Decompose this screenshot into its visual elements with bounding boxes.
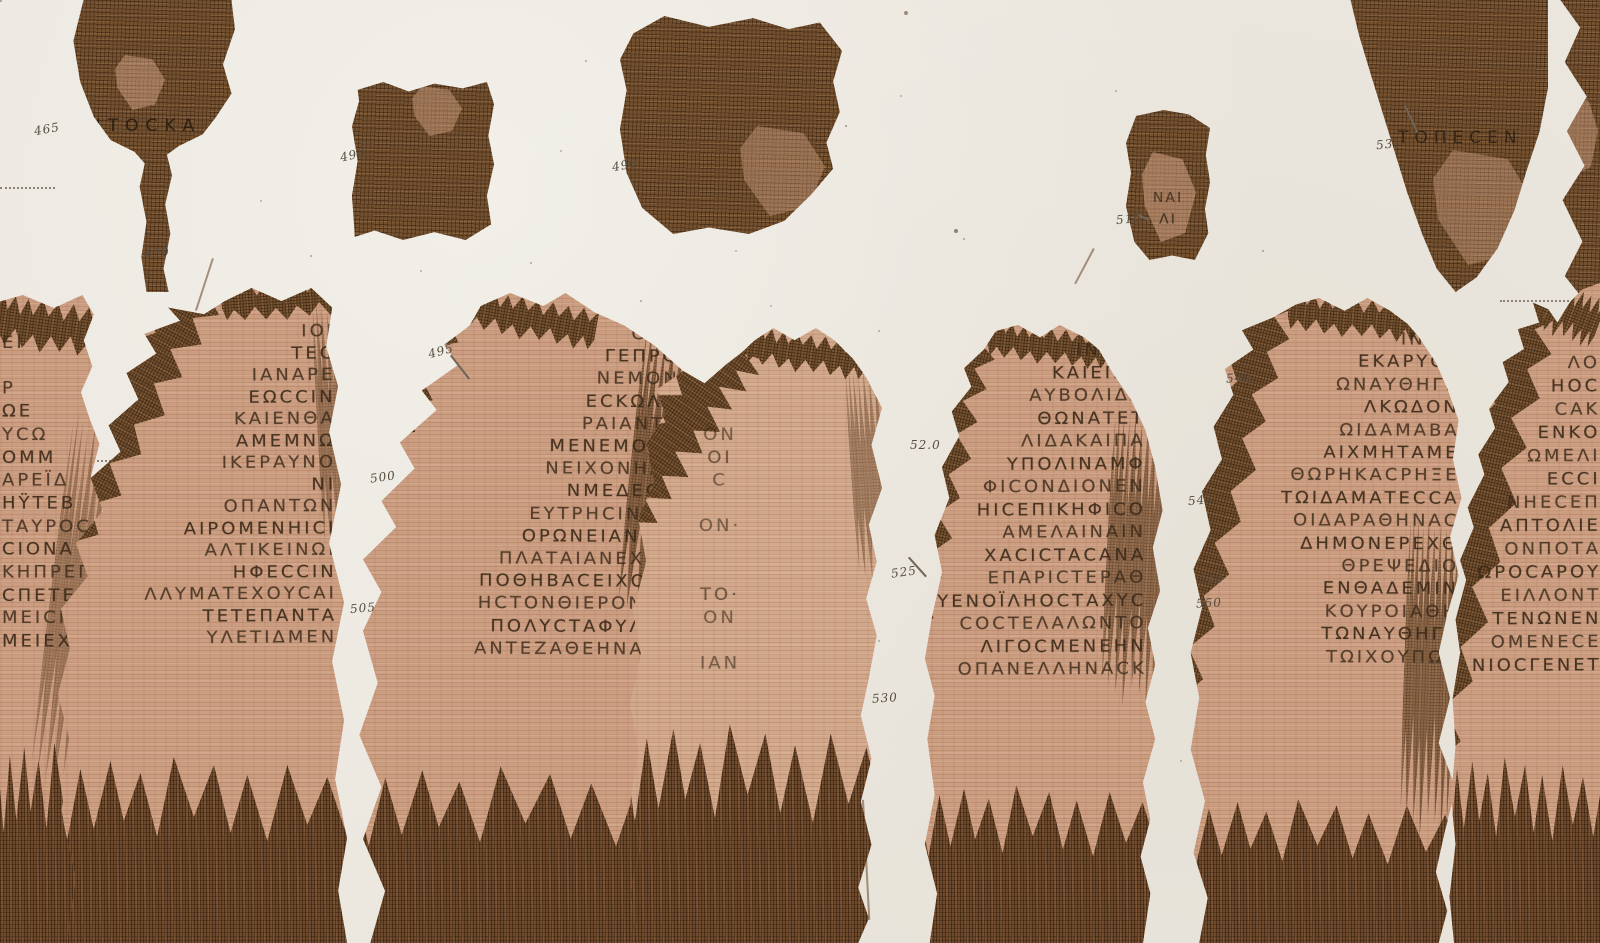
papyrus-text-line: ΥΠΟΛΙΝΑΜΦ: [931, 453, 1146, 477]
papyrus-text-line: ΑΛΤΙΚΕΙΝΩΙ: [97, 539, 337, 563]
papyrus-text-line: ΥϹΩ: [2, 424, 112, 447]
papyrus-text-line: ϹΟϹΤΕΛΑΛΩΝΤΟ: [931, 612, 1146, 636]
papyrus-text-line: ΤΩΙΧΟΥΠΩΤ: [1214, 646, 1459, 670]
papyrus-text-line: ΤΟ·: [665, 584, 775, 607]
papyrus-fragment-col-5: ΙΝΕΕϹΚΑΙΕΠΙϹΑΥΒΟΛΙΔΑΘΩΝΑΤΕΤΛΙΔΑΚΑΙΠΑΥΠΟΛ…: [920, 325, 1165, 943]
papyrus-text-line: ΗΦΕϹϹΙΝ: [97, 561, 337, 585]
frayed-fibers: [912, 775, 1186, 943]
papyrus-text-line: ΙΝΘΟ: [1215, 328, 1460, 352]
greek-text-column-7: ΛΟΗΟϹϹΑΚΕΝΚΟΩΜΕΛΙΕϹϹΙΝΗΕϹΕΠΑΠΤΟΛΙΕΟΝΠΟΤΑ…: [1455, 351, 1600, 677]
papyrus-text-line: ΙΑΝ: [665, 653, 775, 676]
papyrus-fragment-col-7: ΛΟΗΟϹϹΑΚΕΝΚΟΩΜΕΛΙΕϹϹΙΝΗΕϹΕΠΑΠΤΟΛΙΕΟΝΠΟΤΑ…: [1448, 283, 1600, 943]
papyrus-text-line: ΙΑΝΑΡΕ: [95, 364, 335, 388]
line-number-label-530: 530: [872, 690, 899, 706]
line-number-label-531: 531: [1375, 136, 1402, 153]
line-number-label-540: 540: [1226, 370, 1253, 385]
papyrus-text-line: ΩΡΟϹΑΡΟΥ: [1456, 560, 1600, 584]
papyrus-text-line: ΥΛΕΤΙΔΜΕΝ: [97, 626, 337, 650]
papyrus-text-line: ΙΟΙ: [95, 320, 335, 344]
frayed-fibers: [1440, 745, 1600, 943]
line-number-label-550: 550: [1196, 595, 1223, 610]
line-number-label-548: 548: [1198, 571, 1225, 587]
papyrus-text-line: ΚΑΙΕΝΘΑ: [96, 408, 336, 432]
papyrus-text-line: ΘΡΕΨΕΔΙΟ: [1214, 555, 1459, 579]
papyrus-text-line: ΛΛΥΜΑΤΕΧΟΥϹΑΙ: [97, 583, 337, 607]
papyrus-text-line: Ε: [168, 214, 198, 235]
papyrus-text-line: ΤΩΝΑΥΘΗΓΕ: [1214, 623, 1459, 647]
papyrus-text-line: ΤΩΙΔΑΜΑΤΕϹϹΑ: [1214, 487, 1459, 511]
papyrus-text-line: ΑΙΧΜΗΤΑΜΕ: [1215, 441, 1460, 465]
papyrus-text-line: ΟΜΕΝΕϹΕ: [1456, 630, 1600, 654]
papyrus-patch: [740, 126, 825, 216]
papyrus-text-line: ΤΕΤΕΠΑΝΤΑ: [97, 604, 337, 628]
papyrus-text-line: ΗΙϹΕΠΙΚΗΦΙϹΟ: [931, 498, 1146, 522]
papyrus-text-line: ΘΩΝΑΤΕΤ: [930, 407, 1145, 431]
papyrus-text-line: ΦΙϹΟΝΔΙΟΝΕΝ: [931, 476, 1146, 500]
stray-fiber: [1074, 248, 1094, 284]
papyrus-text-line: ΧΑϹΙϹΤΑϹΑΝΑ: [931, 544, 1146, 568]
papyrus-text-line: ΩΕ: [2, 401, 112, 424]
papyrus-text-line: ΝΕΜΟΝ: [390, 367, 680, 391]
line-number-label-500: 500: [369, 468, 397, 485]
line-number-label-520: 52.0: [910, 438, 941, 452]
papyrus-text-line: ΙΝΕΕϹ: [930, 339, 1145, 363]
papyrus-text-line: ΠΟΘΗΒΑϹΕΙΧΟΝΕ: [389, 570, 679, 594]
line-number-label-545: 545: [1187, 492, 1214, 508]
papyrus-text-line: ΝΙΟϹΓΕΝΕΤ: [1457, 653, 1600, 677]
frayed-fibers: [617, 710, 914, 943]
papyrus-text-line: ΜΕΝΕΜΟΝΤ: [389, 435, 679, 459]
papyrus-text-line: ϹΑΚ: [1455, 398, 1600, 422]
papyrus-text-line: ΟΝΠΟΤΑ: [1456, 537, 1600, 561]
papyrus-patch: [115, 55, 165, 110]
greek-text-line: ΝΤΟϹΚΑ: [88, 116, 201, 136]
papyrus-text-line: [665, 538, 775, 561]
papyrus-text-line: [665, 630, 775, 653]
papyrus-patch: [1562, 95, 1598, 175]
papyrus-text-line: ΛΙΔΑΚΑΙΠΑ: [930, 430, 1145, 454]
papyrus-text-line: ΟΝ·: [665, 515, 775, 538]
papyrus-text-line: ΟΝ: [665, 607, 775, 630]
papyrus-fragment-col-2: ΙΟΙΤΕϹΙΑΝΑΡΕΕΩϹϹΙΝΚΑΙΕΝΘΑΑΜΕΜΝΩΙΚΕΡΑΥΝΟΝ…: [55, 288, 353, 943]
papyrus-text-line: ΛΚΩΔΟΝ: [1215, 396, 1460, 420]
papyrus-text-line: ΝΗΕϹΕΠ: [1456, 491, 1600, 515]
papyrus-patch: [412, 86, 462, 136]
papyrus-text-line: ΕΩϹϹΙΝ: [95, 386, 335, 410]
mount-speckles: [0, 0, 2, 2]
papyrus-text-line: ΝΜΕΔΕΩΝ: [389, 480, 679, 504]
frayed-fibers: [47, 745, 381, 943]
papyrus-fragment-490-left: [352, 82, 494, 240]
papyrus-text-line: ΑΝΤΕΖΑΘΕΗΝΑΝΘ: [388, 637, 678, 661]
papyrus-text-line: ΟΠΑΝΕΛΛΗΝΑϹΚ: [932, 658, 1147, 682]
line-number-label-510: 510: [1115, 211, 1142, 227]
papyrus-text-line: [665, 493, 775, 516]
papyrus-fragment-col-4: ΟΝΟΙϹ ΟΝ· ΤΟ·ΟΝ ΙΑΝ: [625, 328, 890, 943]
papyrus-text-line: ΩΜΕΛΙ: [1455, 444, 1600, 468]
frayed-fibers: [744, 323, 869, 384]
papyrus-text-line: ΑΙΡΟΜΕΝΗΙϹΙ: [96, 517, 336, 541]
papyrus-text-line: ΠΛΑΤΑΙΑΝΕΧΟΝ: [389, 547, 679, 571]
papyrus-text-line: ΟΡΩΝΕΙΑΝΚΑΙ: [389, 525, 679, 549]
frayed-fibers: [220, 272, 373, 327]
papyrus-text-line: ΥΕΝΟΪΛΗΟϹΤΑΧΥϹ: [931, 590, 1146, 614]
papyrus-text-line: ΕΙΛΛΟΝΤ: [1456, 584, 1600, 608]
papyrus-text-line: ΡΑΙΑΝΤΕ: [389, 412, 679, 436]
papyrus-text-line: ΑΥΒΟΛΙΔΑ: [930, 384, 1145, 408]
papyrus-text-line: ΝΙ: [96, 473, 336, 497]
papyrus-fragment-490-right: [620, 16, 842, 234]
papyrus-fragment-col-6: ΙΝΘΟΕΚΑΡΥϹΤΩΝΑΥΘΗΓΕΛΚΩΔΟΝΩΙΔΑΜΑΒΑΑΙΧΜΗΤΑ…: [1185, 298, 1470, 943]
papyrus-text-line: Ϲ: [665, 470, 775, 493]
papyrus-text-line: [665, 561, 775, 584]
papyrus-text-line: ΤΕϹ: [95, 342, 335, 366]
line-number-label-525: 525: [890, 563, 918, 580]
papyrus-text-line: ΔΗΜΟΝΕΡΕΧΘ: [1214, 532, 1459, 556]
papyrus-text-line: ΝΑΙ: [1138, 188, 1198, 209]
papyrus-text-line: ΑΜΕΛΑΙΝΑΙΝ: [931, 521, 1146, 545]
papyrus-text-line: ΕϹϹΙ: [1456, 467, 1600, 491]
papyrus-text-line: ΛΟ: [1455, 351, 1600, 375]
frayed-fibers: [1177, 790, 1496, 943]
greek-text-column-5: ΙΝΕΕϹΚΑΙΕΠΙϹΑΥΒΟΛΙΔΑΘΩΝΑΤΕΤΛΙΔΑΚΑΙΠΑΥΠΟΛ…: [930, 339, 1147, 682]
stray-fiber: [195, 258, 213, 311]
papyrus-text-line: ΕΥΤΡΗϹΙΝΤΕΙ: [389, 502, 679, 526]
papyrus-text-line: ΤΕΝΩΝΕΝ: [1456, 607, 1600, 631]
line-number-label-505: 505: [349, 600, 376, 616]
papyrus-text-line: ΘΩΡΗΚΑϹΡΗΞΕ: [1214, 464, 1459, 488]
papyrus-text-line: ΩΙΔΑΜΑΒΑ: [1215, 419, 1460, 443]
papyrus-text-line: ΕΝΚΟ: [1455, 421, 1600, 445]
papyrus-text-line: ΙΚΕΡΑΥΝΟ: [96, 451, 336, 475]
papyrus-fragment-510: ΝΑΙΛΙ: [1126, 110, 1210, 260]
greek-text-column-2: ΙΟΙΤΕϹΙΑΝΑΡΕΕΩϹϹΙΝΚΑΙΕΝΘΑΑΜΕΜΝΩΙΚΕΡΑΥΝΟΝ…: [95, 320, 337, 649]
line-number-label-465: 465: [33, 120, 61, 138]
papyrus-text-line: ΕϹΚΩΛΟ: [390, 390, 680, 414]
papyrus-text-line: ΟΜΜ: [2, 447, 112, 470]
papyrus-text-line: ΕΙ: [2, 332, 112, 355]
papyrus-text-line: ΚΑΙΕΠΙϹ: [930, 362, 1145, 386]
papyrus-fragment-top-right: ΤΟΠΕϹΕΝ: [1338, 0, 1548, 292]
greek-text-column-top-left-tail: ΕΝ: [168, 214, 198, 257]
papyrus-text-line: ΚΟΥΡΟΙΑΘΗ: [1214, 600, 1459, 624]
papyrus-text-line: ΑΜΕΜΝΩ: [96, 430, 336, 454]
papyrus-text-line: ΕΠΑΡΙϹΤΕΡΑΘ: [931, 567, 1146, 591]
greek-text-column-510: ΝΑΙΛΙ: [1138, 188, 1198, 231]
papyrus-text-line: ΕΝΘΑΔΕΜΙΝ: [1214, 578, 1459, 602]
papyrus-text-line: ΗΟϹ: [1455, 374, 1600, 398]
papyrus-text-line: ΟΙ: [665, 447, 775, 470]
papyrus-patch: [1433, 150, 1533, 265]
papyrus-text-line: ΟΠΑΝΤΩΝ: [96, 495, 336, 519]
papyrus-text-line: ϹΝΠ: [390, 322, 680, 346]
papyrus-text-line: Ν: [168, 235, 198, 256]
papyrus-text-line: ΟΙΔΑΡΑΘΗΝΑϹ: [1214, 510, 1459, 534]
papyrus-text-line: ΗΫΤΕΒ: [2, 493, 112, 516]
papyrus-text-line: ΑΠΤΟΛΙΕ: [1456, 514, 1600, 538]
papyrus-text-line: Ρ: [2, 378, 112, 401]
papyrus-text-line: ΟΝ: [665, 424, 775, 447]
papyrus-text-line: ΛΙΓΟϹΜΕΝΕΗΝ: [932, 635, 1147, 659]
papyrus-photograph: ΝΤΟϹΚΑ ΕΝ ΝΑΙΛΙ ΤΟΠΕϹΕΝ ΕΙ ΡΩΕΥϹΩΟΜΜΑΡΕΪ…: [0, 0, 1600, 943]
line-number-label-470: 470: [143, 244, 171, 261]
greek-text-column-4: ΟΝΟΙϹ ΟΝ· ΤΟ·ΟΝ ΙΑΝ: [665, 424, 775, 676]
papyrus-text-line: ΝΕΙΧΟΝΗΔΥ: [389, 457, 679, 481]
papyrus-text-line: [2, 355, 112, 378]
pencil-dash-line: [0, 187, 55, 189]
